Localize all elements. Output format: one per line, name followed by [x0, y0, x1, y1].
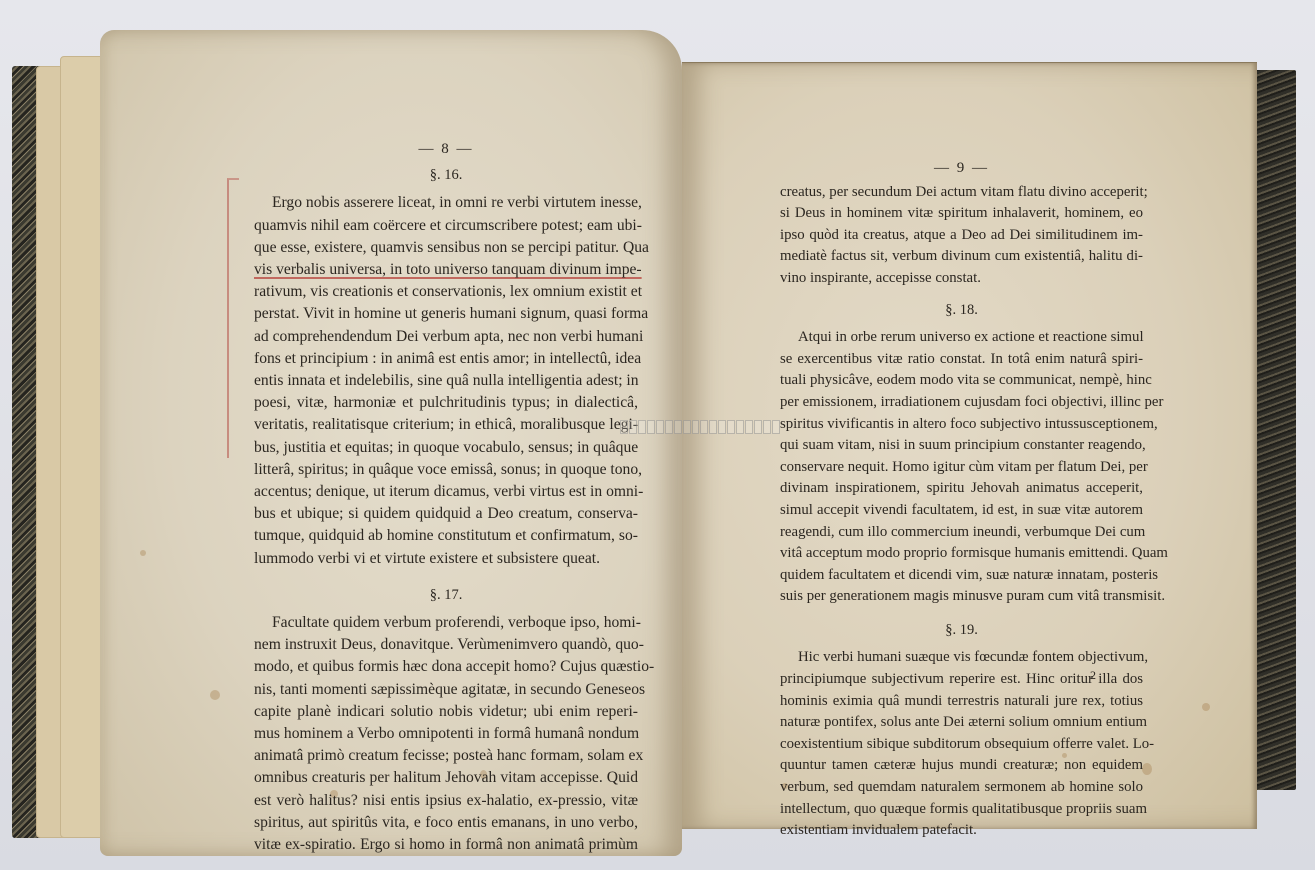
text-line: si Deus in hominem vitæ spiritum inhalav… — [780, 203, 1143, 225]
text-line: divinam inspirationem, spiritu Jehovah a… — [780, 478, 1143, 500]
paragraph-16: Ergo nobis asserere liceat, in omni re v… — [254, 192, 638, 569]
text-line: intellectum, quo quæque formis qualitati… — [780, 799, 1143, 821]
text-line: vino inspirante, accepisse constat. — [780, 268, 1143, 290]
text-line: quamvis nihil eam coërcere et circumscri… — [254, 215, 638, 237]
text-line: ipso quòd ita creatus, atque a Deo ad De… — [780, 225, 1143, 247]
text-line: qui suam vitam, nisi in suum principium … — [780, 435, 1143, 457]
text-line: bus et ubique; si quidem quidquid a Deo … — [254, 503, 638, 525]
text-line: perstat. Vivit in homine ut generis huma… — [254, 303, 638, 325]
section-heading: §. 16. — [254, 164, 638, 186]
text-line: poesi, vitæ, harmoniæ et pulchritudinis … — [254, 392, 638, 414]
text-line: rativum, vis creationis et conservationi… — [254, 281, 638, 303]
text-line: modo, et quibus formis hæc dona accepit … — [254, 656, 638, 678]
text-line: lummodo verbi vi et virtute existere et … — [254, 548, 638, 570]
text-line: omnibus creaturis per halitum Jehovah vi… — [254, 767, 638, 789]
text-line: nis, tanti momenti sæpissimèque agitatæ,… — [254, 679, 638, 701]
text-line-underlined: vis verbalis universa, in toto universo … — [254, 259, 638, 281]
text-line: tuali physicâve, eodem modo vita se comm… — [780, 370, 1143, 392]
text-line: mus hominem a Verbo omnipotenti in formâ… — [254, 723, 638, 745]
continuation-paragraph: creatus, per secundum Dei actum vitam fl… — [780, 182, 1143, 290]
section-heading: §. 19. — [780, 620, 1143, 642]
text-line: principiumque subjectivum reperire est. … — [780, 669, 1143, 691]
text-line: naturæ pontifex, solus ante Dei æterni s… — [780, 712, 1143, 734]
text-line: coexistentium sibique subditorum obsequi… — [780, 734, 1143, 756]
text-line: mediatè factus sit, verbum divinum cum e… — [780, 246, 1143, 268]
text-line: fons et principium : in animâ est entis … — [254, 348, 638, 370]
text-line: spiritus vivificantis in altero foco sub… — [780, 414, 1143, 436]
text-line: suis per generationem magis minusve pura… — [780, 586, 1143, 608]
text-line: Ergo nobis asserere liceat, in omni re v… — [254, 192, 638, 214]
left-page-text: — 8 — §. 16. Ergo nobis asserere liceat,… — [254, 138, 638, 856]
text-line: bus, justitia et equitas; in quoque voca… — [254, 437, 638, 459]
text-line: conservare nequit. Homo igitur cùm vitam… — [780, 457, 1143, 479]
signature-mark: 2 — [1090, 668, 1096, 683]
text-line: entis innata et indelebilis, sine quâ nu… — [254, 370, 638, 392]
text-line: simul accepit vivendi facultatem, id est… — [780, 500, 1143, 522]
text-line: hominis eximia quâ mundi terrestris natu… — [780, 691, 1143, 713]
text-line: Hic verbi humani suæque vis fœcundæ font… — [780, 647, 1143, 669]
placeholder-glyph-strip — [620, 420, 780, 434]
text-line: existentiam invidualem patefacit. — [780, 820, 1143, 842]
page-number: — 9 — — [780, 158, 1143, 180]
text-line: animatâ primò creatum fecisse; posteà ha… — [254, 745, 638, 767]
text-line: que esse, existere, quamvis sensibus non… — [254, 237, 638, 259]
paragraph-19: Hic verbi humani suæque vis fœcundæ font… — [780, 647, 1143, 841]
right-page-text: — 9 — creatus, per secundum Dei actum vi… — [780, 158, 1143, 842]
text-line: accentus; denique, ut iterum dicamus, ve… — [254, 481, 638, 503]
text-line: spiritus, aut spiritûs vita, e foco enti… — [254, 812, 638, 834]
text-line: reagendi, cum illo commercium ineundi, v… — [780, 522, 1143, 544]
text-line: vitæ ex-spiratio. Ergo si homo in formâ … — [254, 834, 638, 856]
text-line: est verò halitus? nisi entis ipsius ex-h… — [254, 790, 638, 812]
text-line: vitâ acceptum modo proprio formisque hum… — [780, 543, 1143, 565]
section-heading: §. 18. — [780, 300, 1143, 322]
text-line: ad comprehendendum Dei verbum apta, nec … — [254, 326, 638, 348]
text-line: Facultate quidem verbum proferendi, verb… — [254, 612, 638, 634]
section-heading: §. 17. — [254, 584, 638, 606]
text-line: litterâ, spiritus; in quâque voce emissâ… — [254, 459, 638, 481]
paragraph-17: Facultate quidem verbum proferendi, verb… — [254, 612, 638, 856]
text-line: Atqui in orbe rerum universo ex actione … — [780, 327, 1143, 349]
text-line: quidem facultatem et dicendi vim, suæ na… — [780, 565, 1143, 587]
paragraph-18: Atqui in orbe rerum universo ex actione … — [780, 327, 1143, 608]
text-line: creatus, per secundum Dei actum vitam fl… — [780, 182, 1143, 204]
text-line: quuntur tamen cæteræ hujus mundi creatur… — [780, 755, 1143, 777]
text-line: per emissionem, irradiationem cujusdam f… — [780, 392, 1143, 414]
text-line: tumque, quidquid ab homine constitutum e… — [254, 525, 638, 547]
text-line: veritatis, realitatisque criterium; in e… — [254, 414, 638, 436]
text-line: capite planè indicari solutio nobis vide… — [254, 701, 638, 723]
text-line: verbum, sed quemdam naturalem sermonem a… — [780, 777, 1143, 799]
page-number: — 8 — — [254, 138, 638, 160]
text-line: nem instruxit Deus, donavitque. Verùmeni… — [254, 634, 638, 656]
text-line: se exercentibus vitæ ratio constat. In t… — [780, 349, 1143, 371]
red-margin-annotation — [227, 178, 239, 458]
